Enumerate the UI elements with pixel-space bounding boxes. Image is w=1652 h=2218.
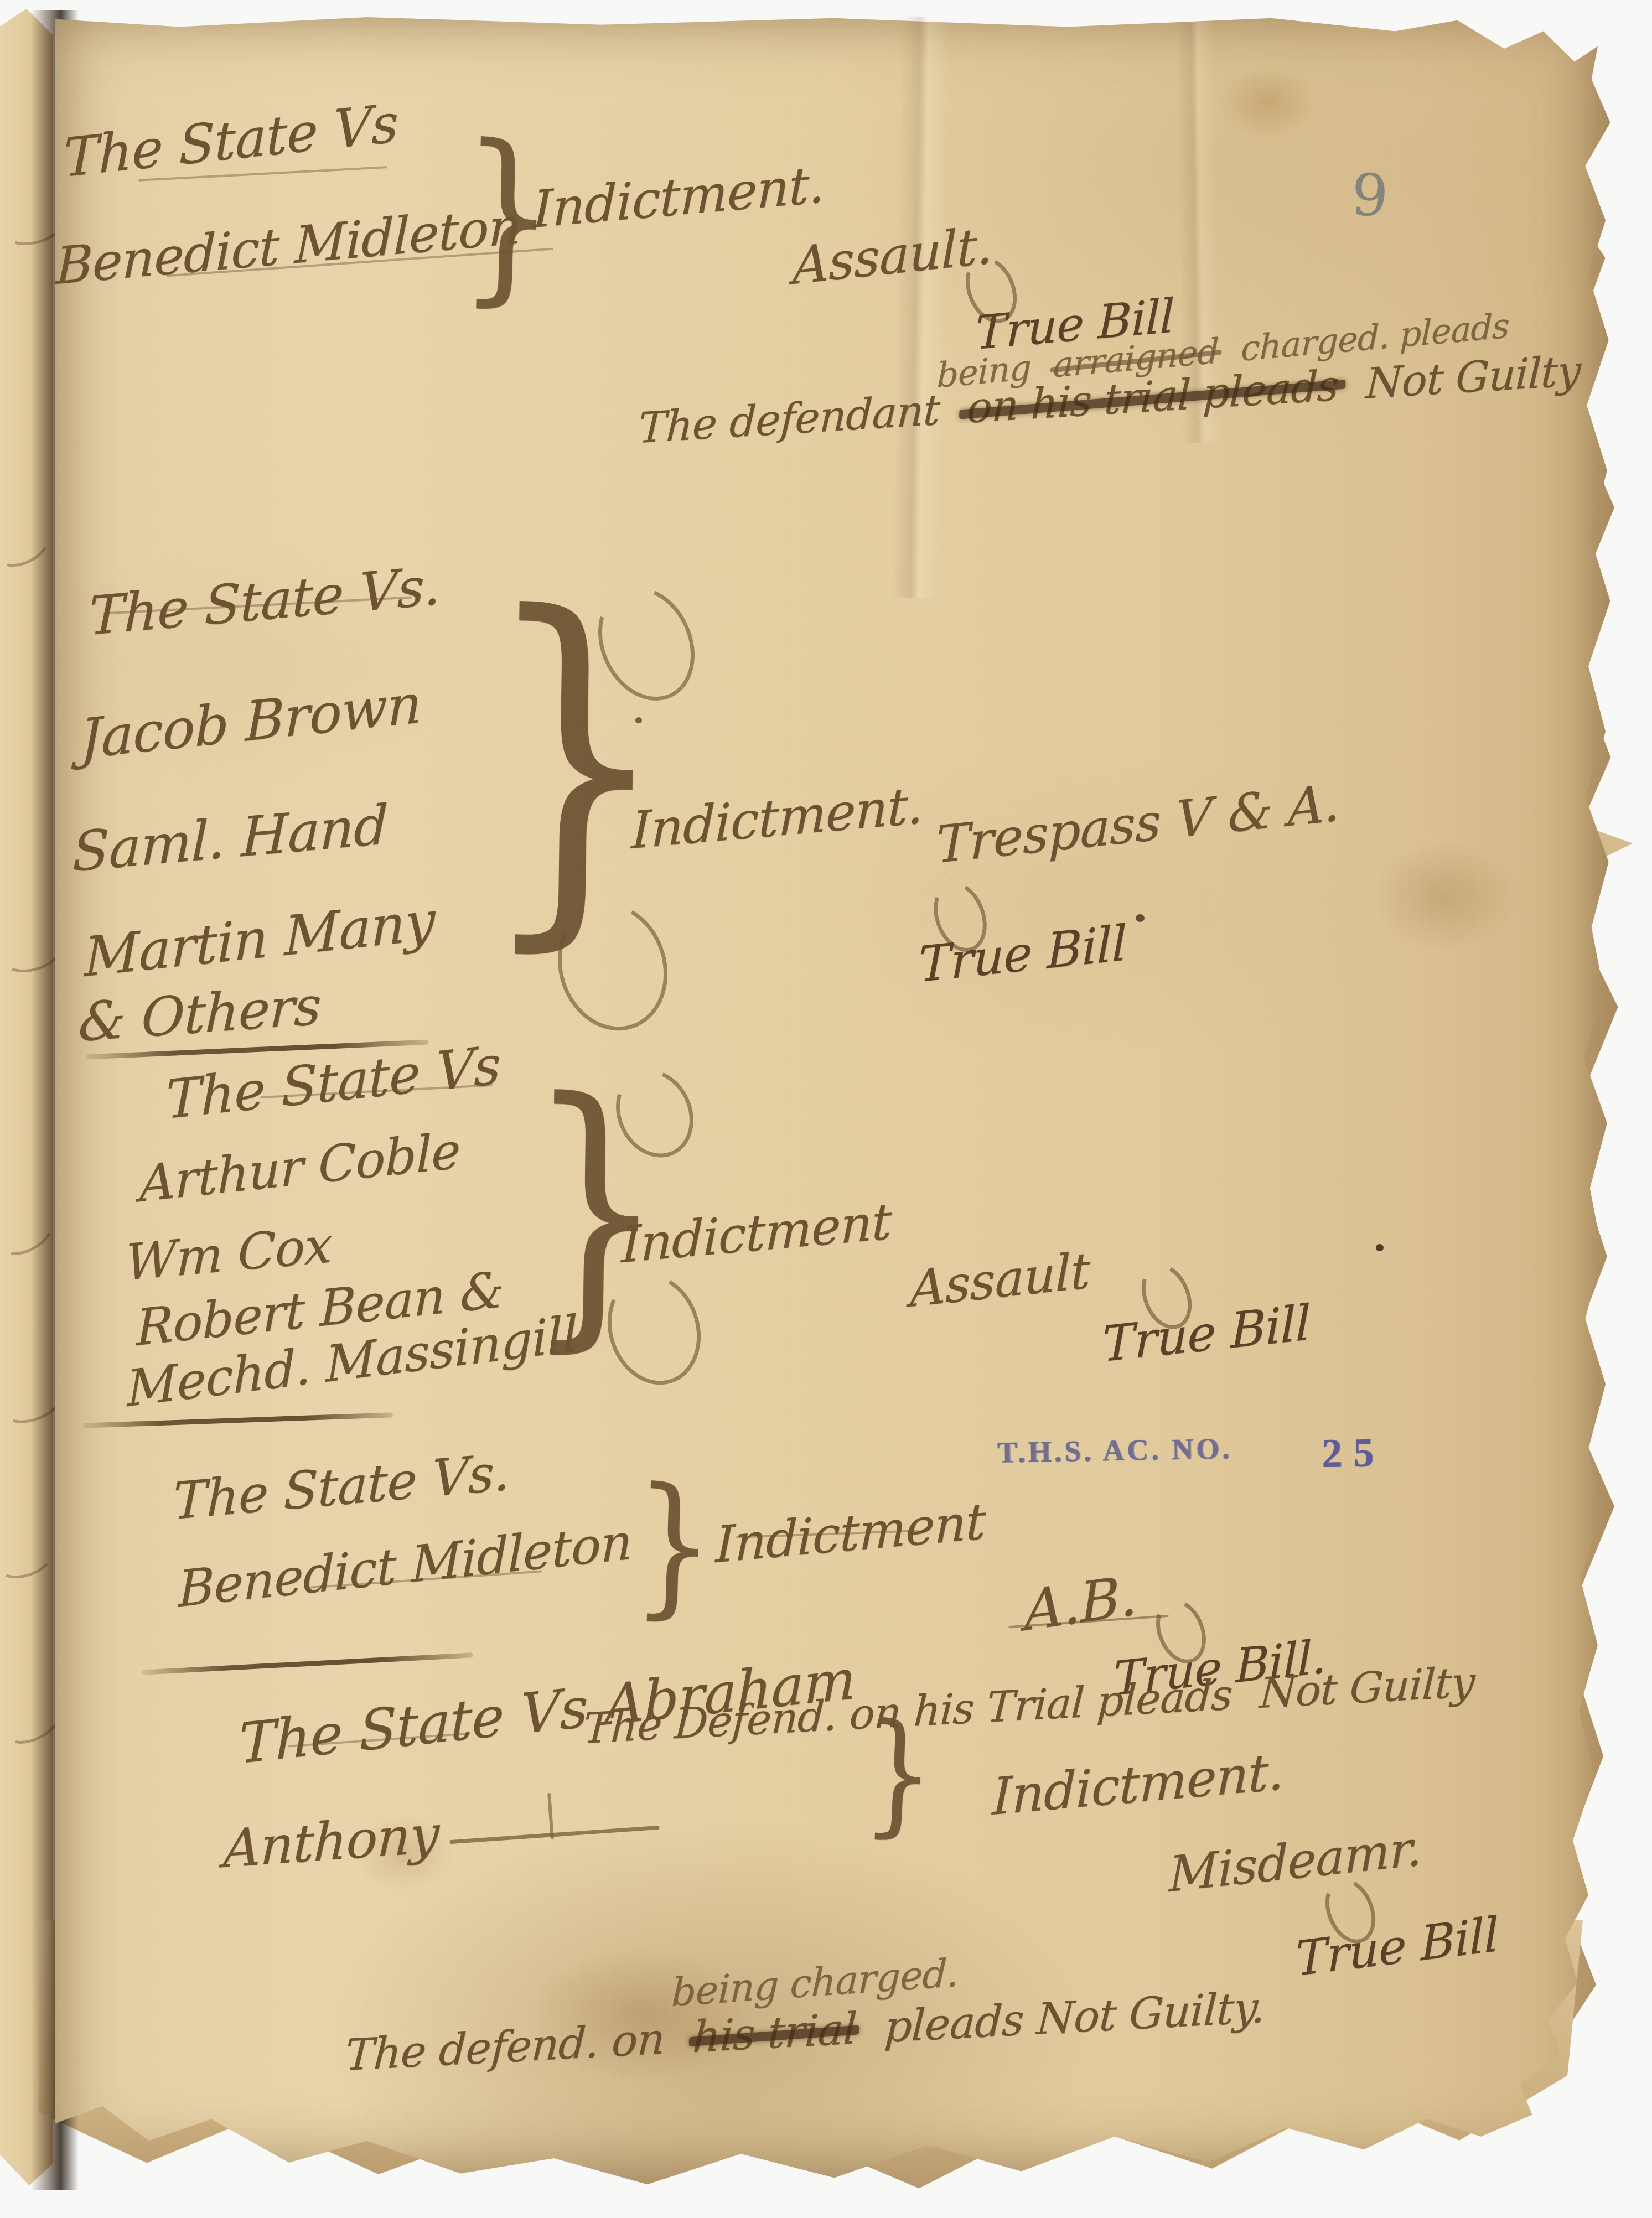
case-party: & Others bbox=[77, 979, 322, 1049]
accession-stamp-number: 25 bbox=[1321, 1429, 1385, 1478]
case-defendant: Anthony bbox=[222, 1808, 439, 1876]
plea-struck: his trial bbox=[691, 2004, 857, 2062]
page-number: 9 bbox=[1350, 160, 1390, 230]
scanned-manuscript-page: 9 The State Vs Benedict Midleton } Indic… bbox=[0, 0, 1652, 2218]
accession-stamp-label: T.H.S. AC. NO. bbox=[997, 1431, 1232, 1469]
case-charge: A.B. bbox=[1023, 1568, 1137, 1639]
case-brace: } bbox=[631, 1468, 716, 1624]
